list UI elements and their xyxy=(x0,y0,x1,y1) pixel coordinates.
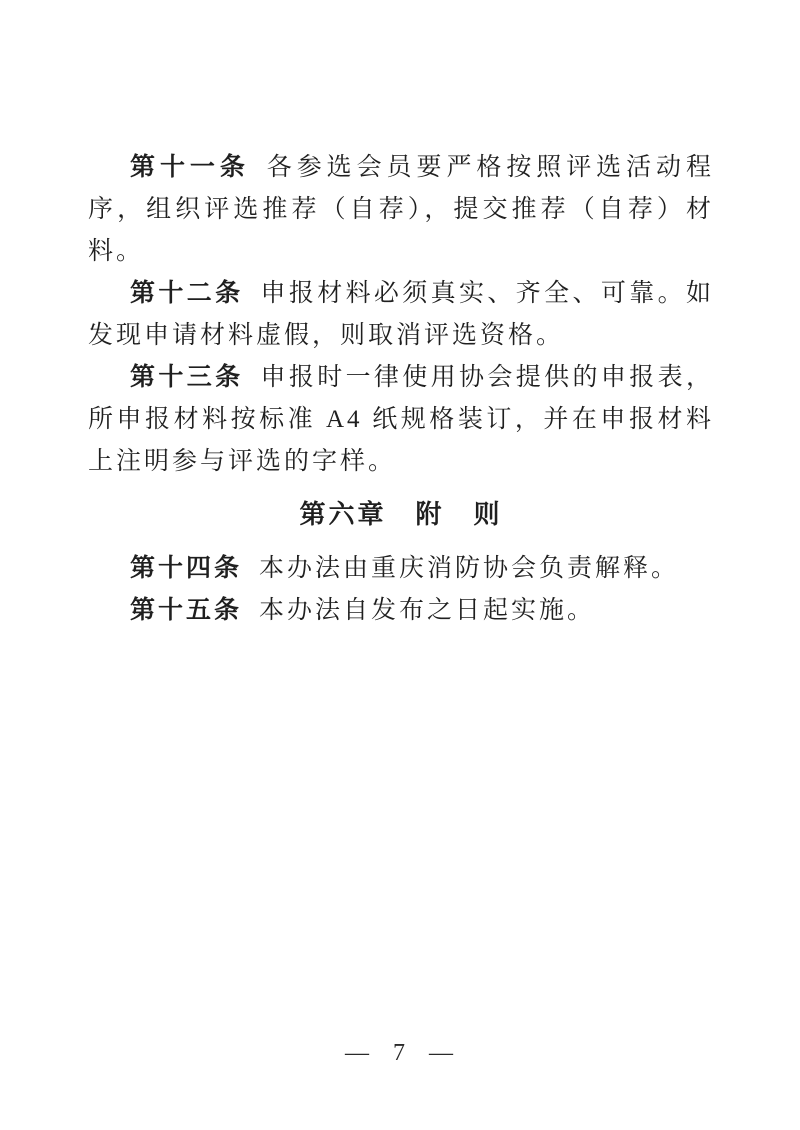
article-text: 本办法自发布之日起实施。 xyxy=(259,597,595,624)
article-number: 第十二条 xyxy=(130,280,243,307)
article-number: 第十三条 xyxy=(130,364,243,391)
article-paragraph: 第十四条本办法由重庆消防协会负责解释。 xyxy=(88,548,714,590)
article-number: 第十四条 xyxy=(130,555,242,582)
article-number: 第十五条 xyxy=(130,597,242,624)
article-paragraph: 第十二条申报材料必须真实、齐全、可靠。如发现申请材料虚假，则取消评选资格。 xyxy=(88,273,714,357)
article-text: 本办法由重庆消防协会负责解释。 xyxy=(259,555,679,582)
article-paragraph: 第十一条各参选会员要严格按照评选活动程序，组织评选推荐（自荐），提交推荐（自荐）… xyxy=(88,147,714,273)
article-paragraph: 第十三条申报时一律使用协会提供的申报表，所申报材料按标准 A4 纸规格装订，并在… xyxy=(88,357,714,483)
article-number: 第十一条 xyxy=(130,154,250,181)
document-body: 第十一条各参选会员要严格按照评选活动程序，组织评选推荐（自荐），提交推荐（自荐）… xyxy=(88,147,714,632)
page-number: — 7 — xyxy=(0,1040,800,1067)
chapter-heading: 第六章 附 则 xyxy=(88,494,714,536)
article-paragraph: 第十五条本办法自发布之日起实施。 xyxy=(88,590,714,632)
document-page: 第十一条各参选会员要严格按照评选活动程序，组织评选推荐（自荐），提交推荐（自荐）… xyxy=(0,0,800,1130)
